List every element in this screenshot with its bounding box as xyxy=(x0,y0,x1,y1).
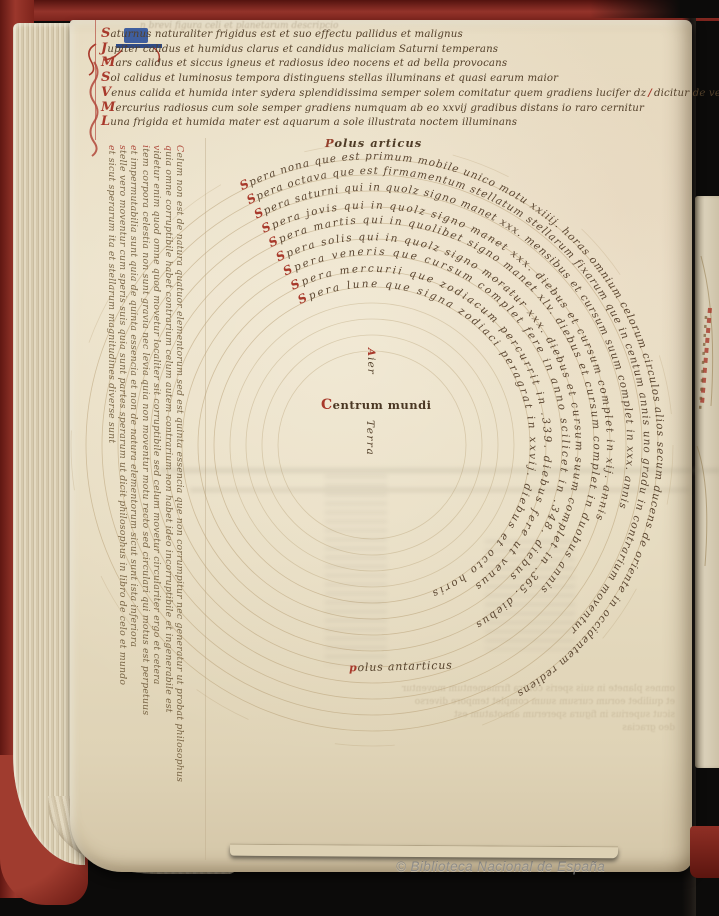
next-page-marks xyxy=(695,196,719,768)
book-cover-bottom-right-corner xyxy=(690,826,719,878)
air-label-vertical: Aier xyxy=(363,348,377,398)
bleedthrough-text: omnes planete in suis speris contra firm… xyxy=(255,683,675,783)
bleedthrough-streak xyxy=(190,488,690,492)
planet-line-saturnus: Saturnus naturaliter frigidus est et suo… xyxy=(101,27,686,42)
next-page-red-text-marks xyxy=(702,308,710,404)
planet-line-suffix: dicitur de vespere xyxy=(654,88,719,99)
planet-line-venus: Venus calida et humida inter sydera sple… xyxy=(101,86,686,101)
planet-line-text: Luna frigida et humida mater est aquarum… xyxy=(101,117,517,128)
top-right-dark-corner xyxy=(590,0,719,18)
bleedthrough-line: sicut superius in figura spererum annota… xyxy=(255,709,675,722)
planet-line-text: Mars calidus et siccus igneus et radiosu… xyxy=(101,58,507,69)
planet-line-jupiter: Jupiter calidus et humidus clarus et can… xyxy=(101,42,686,57)
red-ruling-line xyxy=(95,20,96,140)
bleedthrough-line: et quilibet eorum cursum suum complet te… xyxy=(255,696,675,709)
bleedthrough-streak xyxy=(160,468,719,473)
planet-line-text: Jupiter calidus et humidus clarus et can… xyxy=(101,44,498,55)
planet-line-luna: Luna frigida et humida mater est aquarum… xyxy=(101,115,686,130)
planet-line-text: Mercurius radiosus cum sole semper gradi… xyxy=(101,103,644,114)
planet-line-mars: Mars calidus et siccus igneus et radiosu… xyxy=(101,56,686,71)
bleedthrough-line: omnes planete in suis speris contra firm… xyxy=(255,683,675,696)
red-paragraph-mark: / xyxy=(646,87,654,99)
spheres-diagram: Spera nona que est primum mobile unico m… xyxy=(70,140,692,772)
planet-line-mercurius: Mercurius radiosus cum sole semper gradi… xyxy=(101,101,686,116)
centrum-mundi-label: Centrum mundi xyxy=(321,397,432,413)
bleedthrough-line: deo gracias xyxy=(255,722,675,735)
planet-line-text: Saturnus naturaliter frigidus est et suo… xyxy=(101,29,463,40)
bleedthrough-figure xyxy=(325,475,387,665)
manuscript-page: n brevi figura celi et planetarum descri… xyxy=(70,20,692,872)
next-page-arc-marks xyxy=(697,256,713,566)
library-watermark: © Biblioteca Nacional de España xyxy=(396,859,605,874)
next-page-brown-text-marks xyxy=(700,316,706,411)
polus-articus-label: Polus articus xyxy=(325,136,422,150)
planet-line-text: Venus calida et humida inter sydera sple… xyxy=(101,88,646,99)
planet-line-sol: Sol calidus et luminosus tempora disting… xyxy=(101,71,686,86)
next-page-edge xyxy=(695,196,719,768)
planet-line-text: Sol calidus et luminosus tempora disting… xyxy=(101,73,558,84)
planet-description-block: Saturnus naturaliter frigidus est et suo… xyxy=(101,27,686,130)
bleedthrough-figure xyxy=(485,540,575,650)
